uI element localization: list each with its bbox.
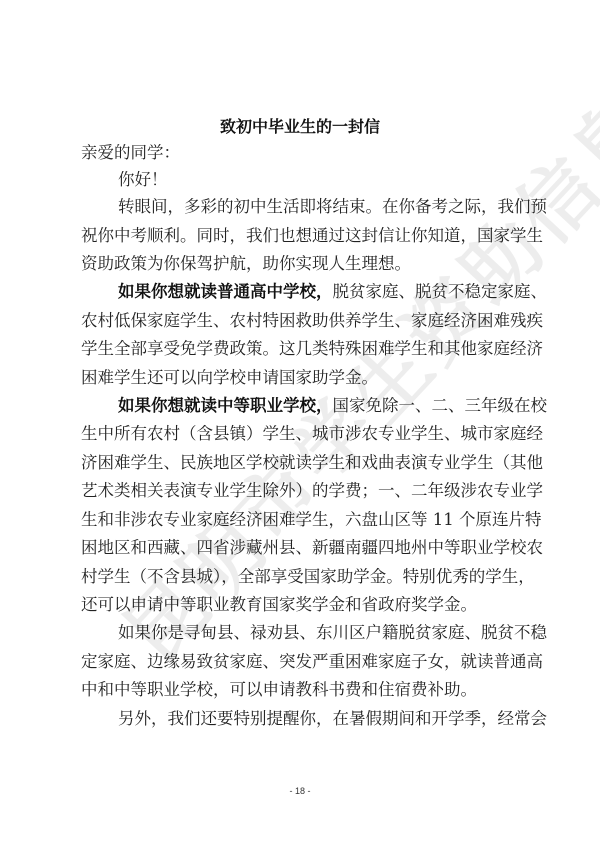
greeting: 你好！ [118,168,525,192]
paragraph-line: 还可以申请中等职业教育国家奖学金和省政府奖学金。 [81,593,525,617]
paragraph-line: 生和非涉农专业家庭经济困难学生，六盘山区等 11 个原连片特 [81,508,525,532]
paragraph-line: 中和中等职业学校，可以申请教科书费和住宿费补助。 [81,678,525,702]
paragraph-lead-line: 如果你想就读中等职业学校，国家免除一、二、三年级在校 [118,394,525,418]
paragraph-line: 转眼间，多彩的初中生活即将结束。在你备考之际，我们预 [118,195,525,219]
paragraph-line: 定家庭、边缘易致贫家庭、突发严重困难家庭子女，就读普通高 [81,650,525,674]
paragraph-line: 村学生（不含县城），全部享受国家助学金。特别优秀的学生， [81,565,525,589]
paragraph-line: 学生全部享受免学费政策。这几类特殊困难学生和其他家庭经济 [81,337,525,361]
paragraph-line: 农村低保家庭学生、农村特困救助供养学生、家庭经济困难残疾 [81,309,525,333]
paragraph-lead-rest: 脱贫家庭、脱贫不稳定家庭、 [333,282,548,301]
paragraph-lead-rest: 国家免除一、二、三年级在校 [333,396,548,415]
paragraph-line: 另外，我们还要特别提醒你，在暑假期间和开学季，经常会 [118,707,525,731]
document-page: 昆明市学生资助信息 致初中毕业生的一封信 亲爱的同学： 你好！ 转眼间，多彩的初… [0,0,600,848]
paragraph-line: 艺术类相关表演专业学生除外）的学费；一、二年级涉农专业学 [81,479,525,503]
letter-title: 致初中毕业生的一封信 [0,114,600,137]
paragraph-lead-bold: 如果你想就读普通高中学校， [118,282,333,301]
paragraph-line: 资助政策为你保驾护航，助你实现人生理想。 [81,252,525,276]
paragraph-line: 困难学生还可以向学校申请国家助学金。 [81,366,525,390]
paragraph-lead-line: 如果你想就读普通高中学校，脱贫家庭、脱贫不稳定家庭、 [118,280,525,304]
paragraph-lead-bold: 如果你想就读中等职业学校， [118,396,333,415]
paragraph-line: 祝你中考顺利。同时，我们也想通过这封信让你知道，国家学生 [81,224,525,248]
paragraph-line: 济困难学生、民族地区学校就读学生和戏曲表演专业学生（其他 [81,451,525,475]
page-number: - 18 - [0,786,600,796]
paragraph-line: 生中所有农村（含县镇）学生、城市涉农专业学生、城市家庭经 [81,422,525,446]
salutation: 亲爱的同学： [81,141,525,165]
paragraph-line: 如果你是寻甸县、禄劝县、东川区户籍脱贫家庭、脱贫不稳 [118,621,525,645]
paragraph-line: 困地区和西藏、四省涉藏州县、新疆南疆四地州中等职业学校农 [81,536,525,560]
